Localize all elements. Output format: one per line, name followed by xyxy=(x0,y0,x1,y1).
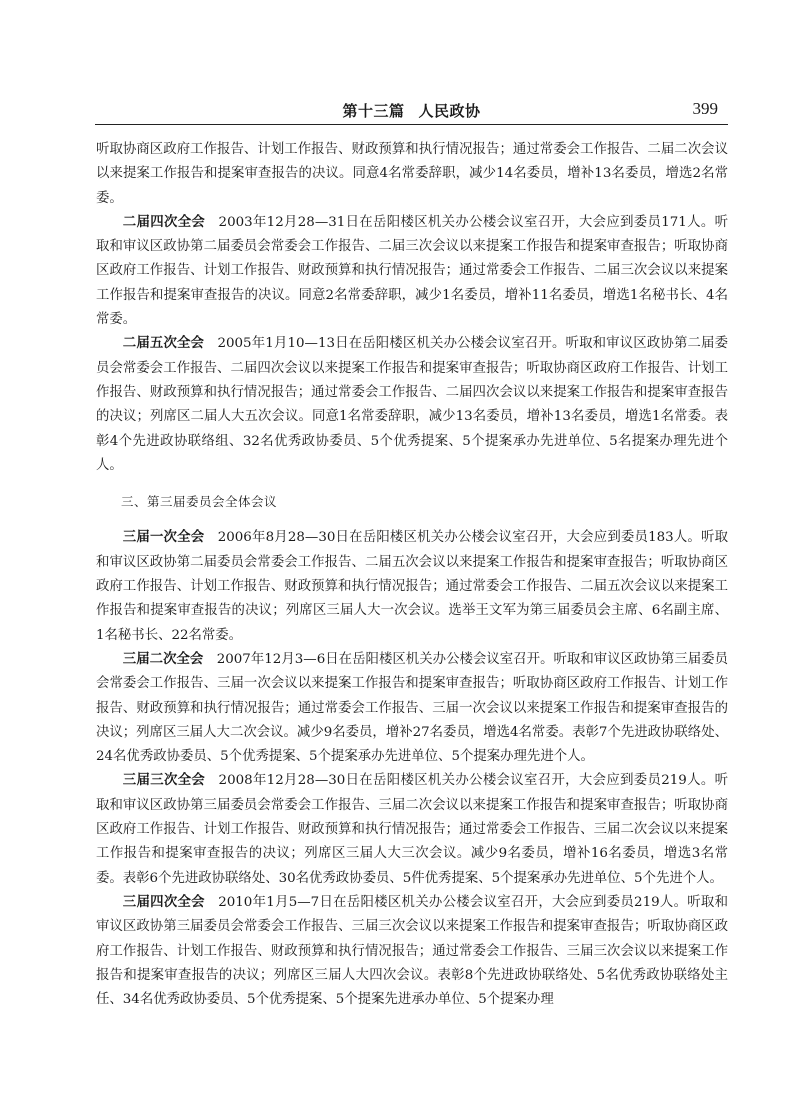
paragraph-text: 2006年8月28—30日在岳阳楼区机关办公楼会议室召开，大会应到委员183人。… xyxy=(96,530,728,642)
running-header: 第十三篇人民政协 399 xyxy=(95,98,728,125)
section-heading: 三、第三届委员会全体会议 xyxy=(96,490,728,514)
paragraph-text: 2005年1月10—13日在岳阳楼区机关办公楼会议室召开。听取和审议区政协第二届… xyxy=(96,336,728,472)
paragraph: 三届二次全会2007年12月3—6日在岳阳楼区机关办公楼会议室召开。听取和审议区… xyxy=(96,648,728,769)
page-number: 399 xyxy=(693,99,719,119)
paragraph: 三届三次全会2008年12月28—30日在岳阳楼区机关办公楼会议室召开，大会应到… xyxy=(96,769,728,890)
paragraph-text: 2007年12月3—6日在岳阳楼区机关办公楼会议室召开。听取和审议区政协第三届委… xyxy=(96,652,728,764)
paragraph: 二届五次全会2005年1月10—13日在岳阳楼区机关办公楼会议室召开。听取和审议… xyxy=(96,332,728,478)
paragraph-lead: 三届一次全会 xyxy=(123,530,205,545)
paragraph-text: 2003年12月28—31日在岳阳楼区机关办公楼会议室召开，大会应到委员171人… xyxy=(96,215,728,327)
header-chapter-title: 人民政协 xyxy=(419,102,481,120)
paragraph-lead: 二届五次全会 xyxy=(123,336,204,351)
paragraph: 三届四次全会2010年1月5—7日在岳阳楼区机关办公楼会议室召开，大会应到委员2… xyxy=(96,891,728,1012)
paragraph-lead: 二届四次全会 xyxy=(123,215,205,230)
paragraph-text: 听取协商区政府工作报告、计划工作报告、财政预算和执行情况报告；通过常委会工作报告… xyxy=(96,142,728,206)
paragraph-lead: 三届三次全会 xyxy=(123,773,205,788)
paragraph: 三届一次全会2006年8月28—30日在岳阳楼区机关办公楼会议室召开，大会应到委… xyxy=(96,526,728,647)
paragraph-text: 2008年12月28—30日在岳阳楼区机关办公楼会议室召开，大会应到委员219人… xyxy=(96,773,728,885)
paragraph: 听取协商区政府工作报告、计划工作报告、财政预算和执行情况报告；通过常委会工作报告… xyxy=(96,138,728,211)
paragraph-text: 2010年1月5—7日在岳阳楼区机关办公楼会议室召开，大会应到委员219人。听取… xyxy=(96,895,728,1007)
paragraph-lead: 三届四次全会 xyxy=(123,895,205,910)
header-title: 第十三篇人民政协 xyxy=(95,100,728,121)
body-text: 听取协商区政府工作报告、计划工作报告、财政预算和执行情况报告；通过常委会工作报告… xyxy=(96,138,728,1012)
paragraph-lead: 三届二次全会 xyxy=(123,652,204,667)
header-part: 第十三篇 xyxy=(342,102,404,120)
paragraph: 二届四次全会2003年12月28—31日在岳阳楼区机关办公楼会议室召开，大会应到… xyxy=(96,211,728,332)
